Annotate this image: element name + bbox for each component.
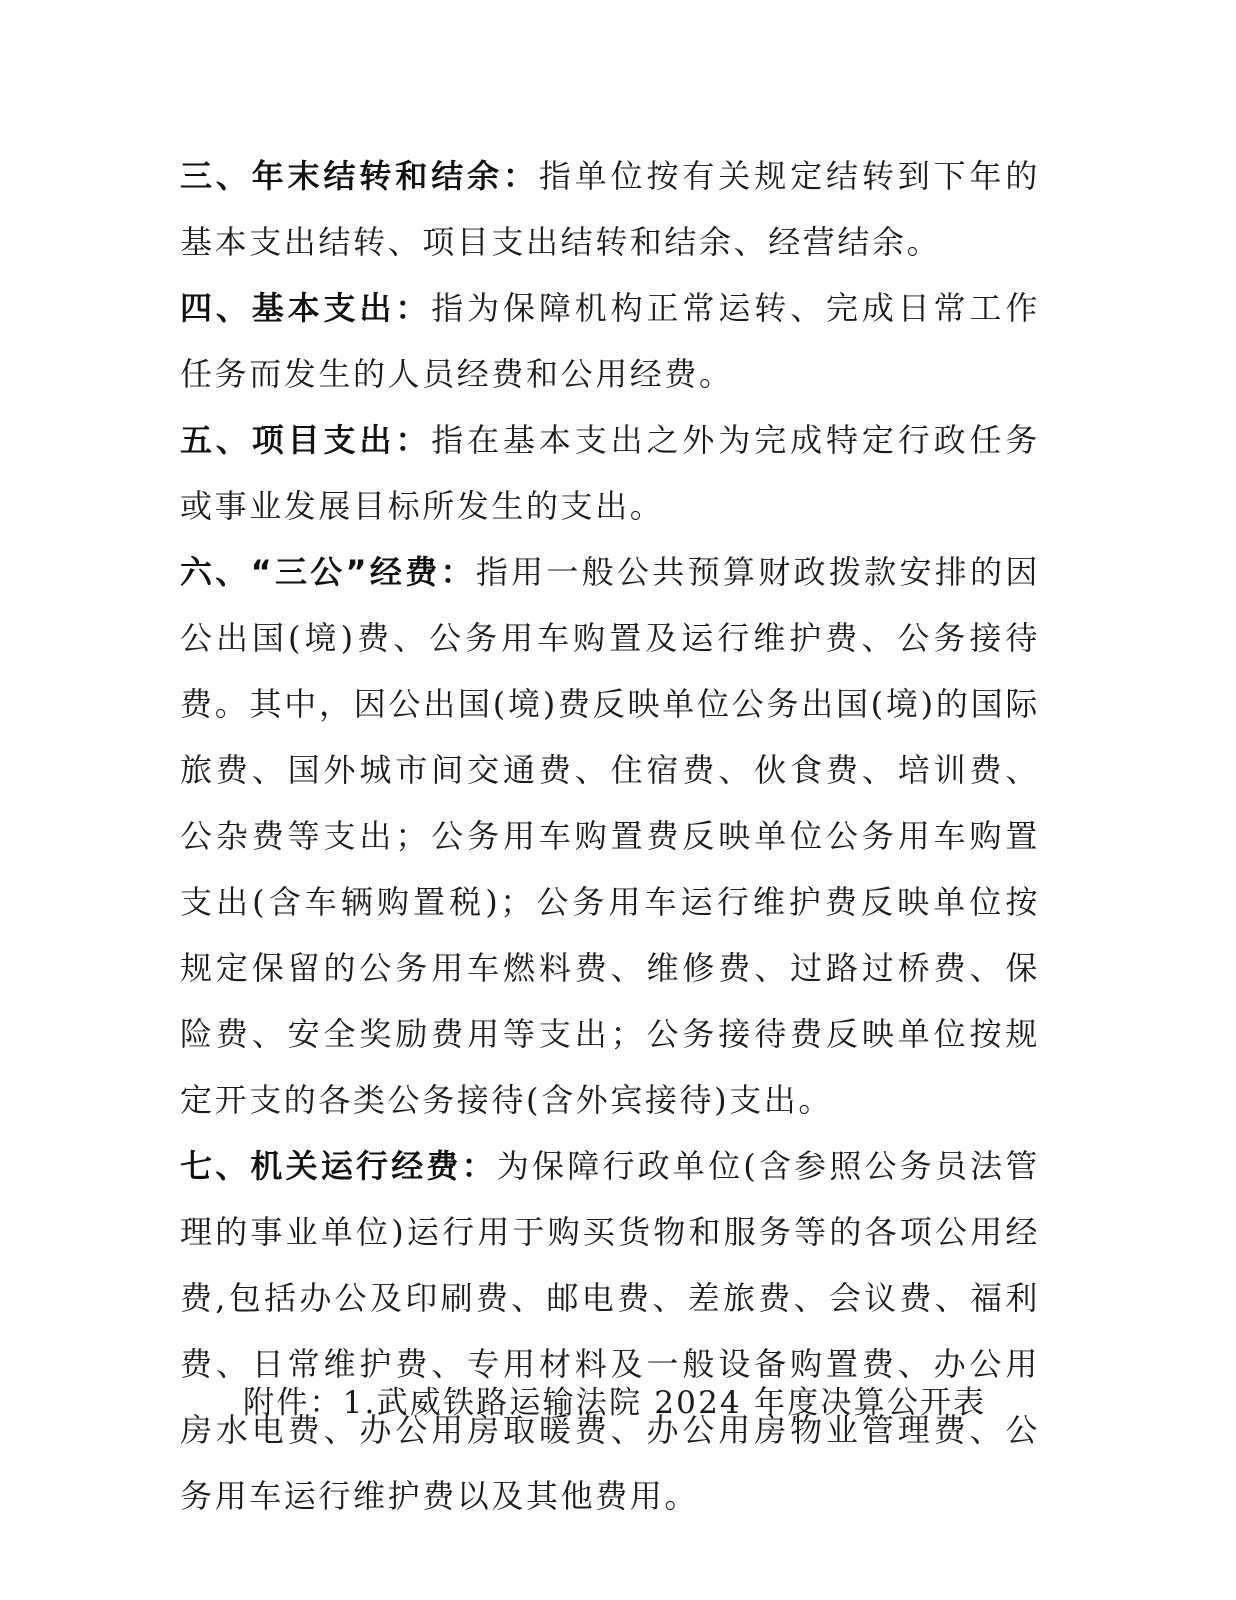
section-term: 四、基本支出：: [180, 289, 431, 327]
attachment-line: 附件：1.武威铁路运输法院 2024 年度决算公开表: [243, 1378, 986, 1428]
section-text: 为保障行政单位(含参照公务员法管理的事业单位)运行用于购买货物和服务等的各项公用…: [180, 1147, 1040, 1515]
section-three-public-expenses: 六、“三公”经费：指用一般公共预算财政拨款安排的因公出国(境)费、公务用车购置及…: [180, 539, 1040, 1133]
section-term: 五、项目支出：: [180, 421, 431, 459]
section-text: 指用一般公共预算财政拨款安排的因公出国(境)费、公务用车购置及运行维护费、公务接…: [180, 553, 1040, 1119]
section-agency-operating-expenses: 七、机关运行经费：为保障行政单位(含参照公务员法管理的事业单位)运行用于购买货物…: [180, 1133, 1040, 1529]
section-term: 三、年末结转和结余：: [180, 157, 539, 195]
document-page: 三、年末结转和结余：指单位按有关规定结转到下年的基本支出结转、项目支出结转和结余…: [180, 143, 1040, 1529]
section-basic-expenditure: 四、基本支出：指为保障机构正常运转、完成日常工作任务而发生的人员经费和公用经费。: [180, 275, 1040, 407]
section-term: 七、机关运行经费：: [180, 1147, 497, 1185]
section-year-end-balance: 三、年末结转和结余：指单位按有关规定结转到下年的基本支出结转、项目支出结转和结余…: [180, 143, 1040, 275]
section-project-expenditure: 五、项目支出：指在基本支出之外为完成特定行政任务或事业发展目标所发生的支出。: [180, 407, 1040, 539]
section-term: 六、“三公”经费：: [180, 553, 476, 591]
